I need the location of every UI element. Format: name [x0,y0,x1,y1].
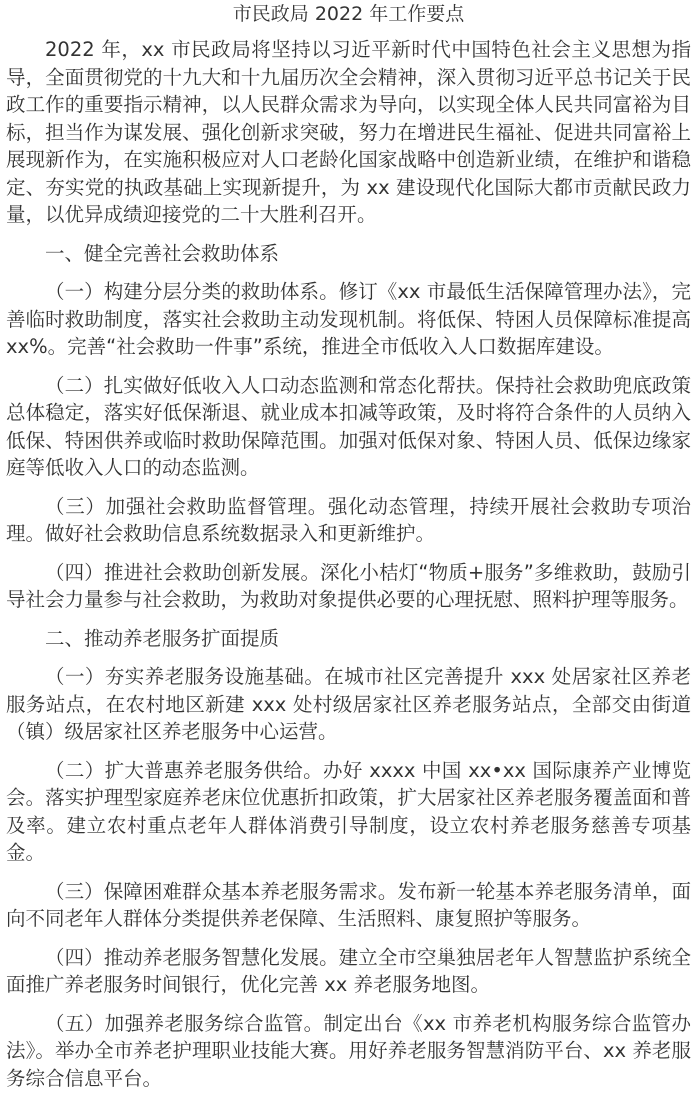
section-item: （四）推进社会救助创新发展。深化小桔灯“物质+服务”多维救助，鼓励引导社会力量参… [6,559,691,614]
section-social-assistance: 一、健全完善社会救助体系 （一）构建分层分类的救助体系。修订《xx 市最低生活保… [6,240,691,614]
section-item: （一）夯实养老服务设施基础。在城市社区完善提升 xxx 处居家社区养老服务站点，… [6,663,691,746]
section-item: （三）保障困难群众基本养老服务需求。发布新一轮基本养老服务清单，面向不同老年人群… [6,878,691,933]
section-item: （三）加强社会救助监督管理。强化动态管理，持续开展社会救助专项治理。做好社会救助… [6,493,691,548]
section-heading: 一、健全完善社会救助体系 [6,240,691,268]
document: 市民政局 2022 年工作要点 2022 年，xx 市民政局将坚持以习近平新时代… [0,0,693,1092]
section-item: （二）扩大普惠养老服务供给。办好 xxxx 中国 xx•xx 国际康养产业博览会… [6,757,691,867]
document-title: 市民政局 2022 年工作要点 [6,0,691,30]
section-item: （一）构建分层分类的救助体系。修订《xx 市最低生活保障管理办法》，完善临时救助… [6,278,691,361]
section-item: （二）扎实做好低收入人口动态监测和常态化帮扶。保持社会救助兜底政策总体稳定，落实… [6,372,691,482]
section-item: （四）推动养老服务智慧化发展。建立全市空巢独居老年人智慧监护系统全面推广养老服务… [6,944,691,999]
intro-paragraph: 2022 年，xx 市民政局将坚持以习近平新时代中国特色社会主义思想为指导，全面… [6,36,691,229]
section-heading: 二、推动养老服务扩面提质 [6,625,691,653]
section-elderly-care: 二、推动养老服务扩面提质 （一）夯实养老服务设施基础。在城市社区完善提升 xxx… [6,625,691,1093]
section-item: （五）加强养老服务综合监管。制定出台《xx 市养老机构服务综合监管办法》。举办全… [6,1010,691,1093]
